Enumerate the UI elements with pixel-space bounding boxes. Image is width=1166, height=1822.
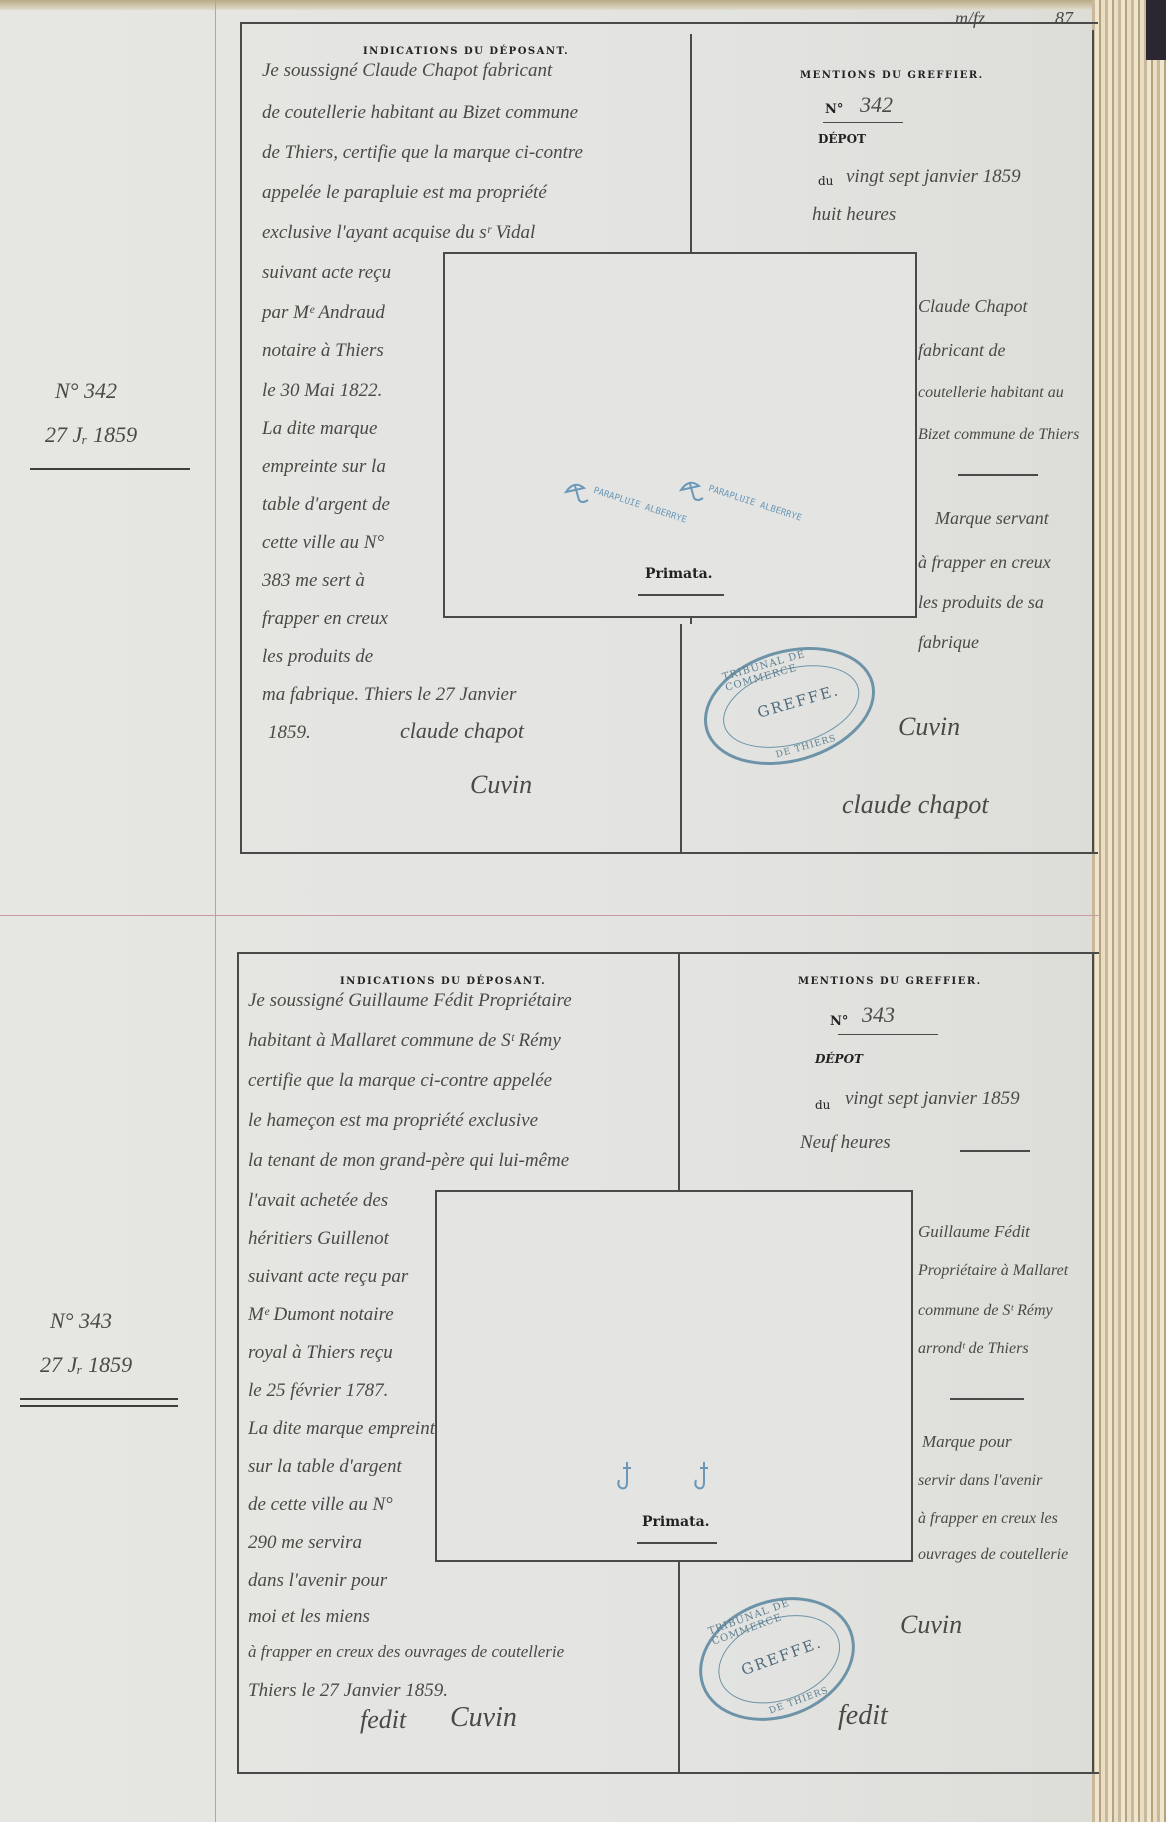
marque-line: fabrique (918, 632, 979, 653)
marque-line: Marque servant (935, 508, 1049, 529)
marque-line: les produits de sa (918, 592, 1044, 613)
declaration-line: la tenant de mon grand-père qui lui-même (248, 1150, 569, 1172)
du-label: du (815, 1098, 830, 1112)
greffier-line: Guillaume Fédit (918, 1222, 1030, 1242)
book-corner-shadow (1146, 0, 1166, 60)
deposit-time: Neuf heures (800, 1132, 891, 1154)
caption-underline (638, 594, 724, 596)
depositor-signature: claude chapot (400, 718, 524, 744)
greffier-signature: Cuvin (900, 1610, 962, 1640)
declaration-line: suivant acte reçu par (248, 1266, 408, 1288)
marque-line: à frapper en creux les (918, 1510, 1058, 1528)
greffier-line: commune de Sᵗ Rémy (918, 1302, 1053, 1320)
declaration-line: par Mᵉ Andraud (262, 302, 385, 324)
deposit-time: huit heures (812, 204, 896, 226)
number-label: N° (830, 1014, 848, 1029)
declaration-line: La dite marque empreinte (248, 1418, 443, 1440)
declaration-line: table d'argent de (262, 494, 390, 516)
marque-line: à frapper en creux (918, 552, 1051, 573)
register-page: m/fz 87. N° 342 27 Jᵣ 1859 Indications d… (0, 0, 1166, 1822)
declaration-line: le 30 Mai 1822. (262, 380, 382, 402)
margin-entry-number: N° 342 (55, 378, 117, 404)
right-signature: claude chapot (842, 790, 989, 820)
declaration-line: sur la table d'argent (248, 1456, 402, 1478)
declaration-line: 1859. (268, 722, 311, 744)
depot-label: DÉPOT (818, 132, 866, 146)
declaration-line: 290 me servira (248, 1532, 362, 1554)
marque-line: servir dans l'avenir (918, 1472, 1042, 1490)
column-divider-bottom (680, 624, 682, 854)
margin-entry-number: N° 343 (50, 1308, 112, 1334)
declaration-line: de coutellerie habitant au Bizet commune (262, 102, 578, 124)
marque-line: ouvrages de coutellerie (918, 1546, 1068, 1564)
number-underline (823, 122, 903, 123)
mark-caption: Primata. (642, 1514, 710, 1530)
greffier-line: arrondᵗ de Thiers (918, 1340, 1029, 1358)
declaration-line: ma fabrique. Thiers le 27 Janvier (262, 684, 516, 706)
depositor-header: Indications du déposant. (363, 46, 569, 57)
declaration-line: appelée le parapluie est ma propriété (262, 182, 547, 204)
declaration-line: dans l'avenir pour (248, 1570, 387, 1592)
greffier-header: Mentions du greffier. (798, 976, 982, 987)
declaration-line: royal à Thiers reçu (248, 1342, 393, 1364)
time-rule (960, 1150, 1030, 1152)
declaration-line: Je soussigné Claude Chapot fabricant (262, 60, 552, 82)
declaration-line: de cette ville au N° (248, 1494, 393, 1516)
caption-underline (637, 1542, 717, 1544)
declaration-line: exclusive l'ayant acquise du sʳ Vidal (262, 222, 535, 244)
greffier-signature: Cuvin (450, 1702, 517, 1734)
greffier-line: Propriétaire à Mallaret (918, 1262, 1068, 1280)
declaration-line: le 25 février 1787. (248, 1380, 388, 1402)
declaration-line: La dite marque (262, 418, 377, 440)
margin-entry-date: 27 Jᵣ 1859 (45, 422, 137, 448)
mark-stamp-text: PARAPLUIE ALBERRYE (707, 484, 803, 524)
greffier-separator (958, 474, 1038, 476)
greffier-signature: Cuvin (898, 712, 960, 742)
mark-imprint-box: PARAPLUIE ALBERRYE PARAPLUIE ALBERRYE Pr… (443, 252, 917, 618)
mark-caption: Primata. (645, 566, 713, 582)
number-underline (838, 1034, 938, 1035)
mark-stamp-text: PARAPLUIE ALBERRYE (592, 486, 688, 526)
declaration-line: Je soussigné Guillaume Fédit Propriétair… (248, 990, 572, 1012)
declaration-line: notaire à Thiers (262, 340, 384, 362)
declaration-line: habitant à Mallaret commune de Sᵗ Rémy (248, 1030, 561, 1052)
margin-underline (30, 468, 190, 470)
deposit-number: 343 (862, 1002, 895, 1028)
declaration-line: Thiers le 27 Janvier 1859. (248, 1680, 448, 1702)
mark-imprint-box: Primata. (435, 1190, 913, 1562)
number-label: N° (825, 102, 843, 117)
deposit-date: vingt sept janvier 1859 (845, 1088, 1020, 1110)
margin-underline (20, 1405, 178, 1407)
declaration-line: à frapper en creux des ouvrages de coute… (248, 1642, 564, 1662)
form-right-border (1092, 30, 1094, 854)
book-page-edges (1092, 0, 1166, 1822)
greffier-line: Claude Chapot (918, 296, 1028, 317)
marque-line: Marque pour (922, 1432, 1012, 1452)
declaration-line: les produits de (262, 646, 373, 668)
greffier-signature: Cuvin (470, 770, 532, 800)
margin-underline (20, 1398, 178, 1400)
depositor-signature: fedit (360, 1705, 406, 1735)
greffier-line: Bizet commune de Thiers (918, 426, 1079, 444)
page-top-edge (0, 0, 1166, 10)
margin-rule-vertical (215, 0, 216, 1822)
column-divider-bottom (678, 1562, 680, 1774)
deposit-number: 342 (860, 92, 893, 118)
declaration-line: certifie que la marque ci-contre appelée (248, 1070, 552, 1092)
depot-label: DÉPOT (815, 1052, 863, 1066)
form-right-border (1092, 952, 1094, 1774)
depositor-header: Indications du déposant. (340, 976, 546, 987)
du-label: du (818, 174, 833, 188)
greffier-separator (950, 1398, 1024, 1400)
deposit-date: vingt sept janvier 1859 (846, 166, 1021, 188)
declaration-line: de Thiers, certifie que la marque ci-con… (262, 142, 583, 164)
declaration-line: 383 me sert à (262, 570, 365, 592)
margin-entry-date: 27 Jᵣ 1859 (40, 1352, 132, 1378)
greffier-line: coutellerie habitant au (918, 384, 1064, 402)
fish-hook-mark-icon (615, 1460, 637, 1499)
declaration-line: suivant acte reçu (262, 262, 391, 284)
declaration-line: Mᵉ Dumont notaire (248, 1304, 394, 1326)
greffier-header: Mentions du greffier. (800, 70, 984, 81)
declaration-line: le hameçon est ma propriété exclusive (248, 1110, 538, 1132)
greffier-line: fabricant de (918, 340, 1006, 361)
fish-hook-mark-icon (692, 1460, 714, 1499)
declaration-line: frapper en creux (262, 608, 388, 630)
margin-rule-horizontal (0, 915, 1100, 916)
right-signature: fedit (838, 1700, 888, 1732)
declaration-line: empreinte sur la (262, 456, 386, 478)
declaration-line: héritiers Guillenot (248, 1228, 389, 1250)
declaration-line: moi et les miens (248, 1606, 370, 1628)
declaration-line: l'avait achetée des (248, 1190, 388, 1212)
declaration-line: cette ville au N° (262, 532, 384, 554)
